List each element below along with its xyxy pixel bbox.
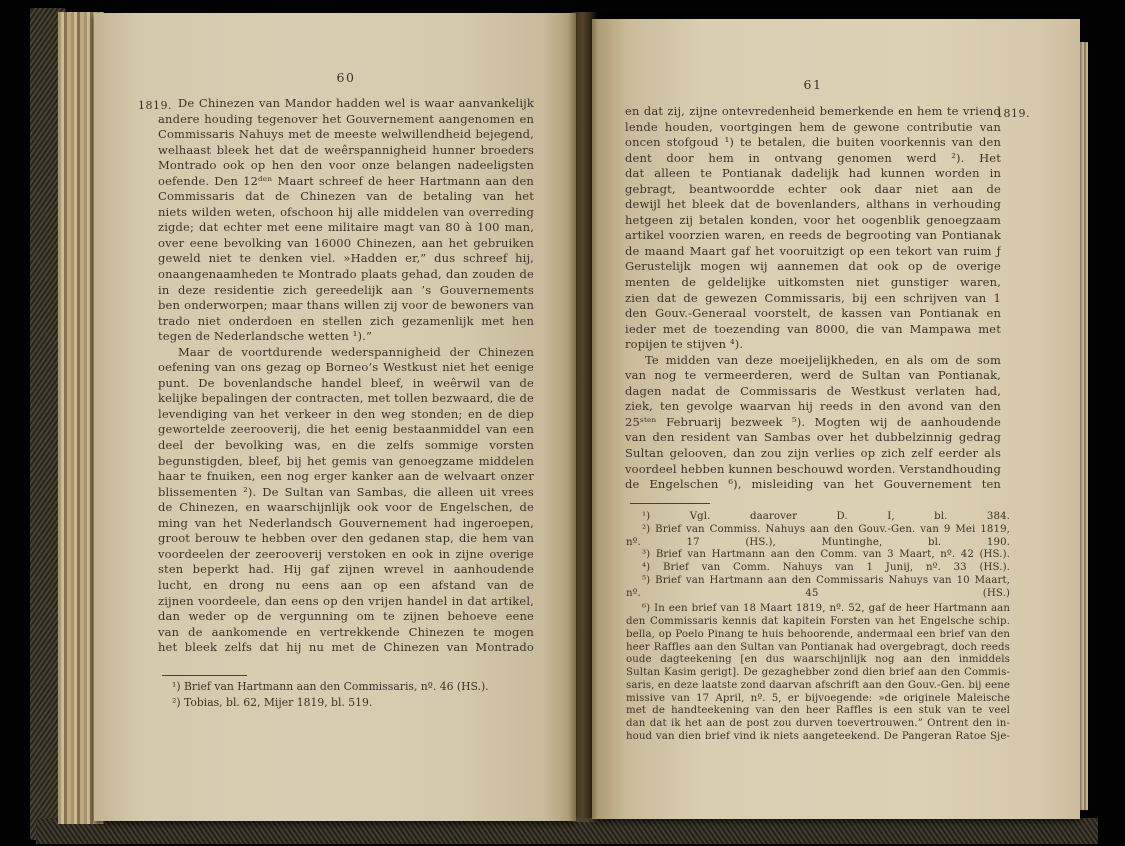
text-line: houd van dien brief vind ik niets aanget… (626, 731, 1010, 744)
text-line: bella, op Poelo Pinang te huis behoorend… (626, 629, 1010, 642)
text-line: Sultan gelooven, dan zou zijn verlies op… (625, 446, 1001, 462)
text-line: van nog te vermeerderen, werd de Sultan … (625, 368, 1001, 384)
text-line: ²) Brief van Commiss. Nahuys aan den Gou… (626, 524, 1010, 537)
text-line: met de handteekening van den heer Raffle… (626, 705, 1010, 718)
text-line: oncen stofgoud ¹) te betalen, die buiten… (625, 135, 1001, 151)
text-line: zigde; dat echter met eene militaire mag… (158, 220, 534, 236)
text-line: ⁶) In een brief van 18 Maart 1819, nº. 5… (626, 603, 1010, 616)
text-line: ¹) Brief van Hartmann aan den Commissari… (158, 679, 538, 695)
text-line: ieder met de toezending van 8000, die va… (625, 322, 1001, 338)
text-line: de maand Maart gaf het vooruitzigt op ee… (625, 244, 1001, 260)
text-line: dent door hem in ontvang genomen werd ²)… (625, 151, 1001, 167)
book-scan-photo: 60 1819. De Chinezen van Mandor hadden w… (0, 0, 1125, 846)
text-line: ⁵) Brief van Hartmann aan den Commissari… (626, 575, 1010, 588)
text-line: groot berouw te hebben over den gedanen … (158, 531, 534, 547)
text-line: hetgeen zij betalen konden, voor het oog… (625, 213, 1001, 229)
text-line: ¹) Vgl. daarover D. I, bl. 384. (626, 511, 1010, 524)
text-line: en dat zij, zijne ontevredenheid bemerke… (625, 104, 1001, 120)
text-line: van de aankomende en vertrekkende Chinez… (158, 625, 534, 641)
text-line: Te midden van deze moeijelijkheden, en a… (625, 353, 1001, 369)
text-line: begunstigden, bleef, bij het gemis van g… (158, 454, 534, 470)
text-line: nº. 17 (HS.), Muntinghe, bl. 190. (626, 537, 1010, 550)
right-page-number: 61 (625, 77, 1001, 92)
text-line: dat alleen te Pontianak dadelijk had kun… (625, 166, 1001, 182)
text-line: blissementen ²). De Sultan van Sambas, d… (158, 485, 534, 501)
text-line: gebragt, beantwoordde echter ook daar ni… (625, 182, 1001, 198)
text-line: punt. De bovenlandsche handel bleef, in … (158, 376, 534, 392)
text-line: artikel voorzien waren, en reeds de begr… (625, 228, 1001, 244)
book-cover-bottom-edge (36, 818, 1098, 844)
text-line: kelijke bepalingen der contracten, met t… (158, 391, 534, 407)
text-line: ⁴) Brief van Comm. Nahuys van 1 Junij, n… (626, 562, 1010, 575)
text-line: zijnen voordeele, dan eens op den vrijen… (158, 594, 534, 610)
text-line: deel der bevolking was, en die zelfs som… (158, 438, 534, 454)
text-line: het bleek zelfs dat hij nu met de Chinez… (158, 640, 534, 656)
text-line: heer Raffles aan den Sultan van Pontiana… (626, 642, 1010, 655)
text-line: haar te fnuiken, een nog erger kanker aa… (158, 469, 534, 485)
text-line: De Chinezen van Mandor hadden wel is waa… (158, 96, 534, 112)
text-line: levendiging van het verkeer in den weg s… (158, 407, 534, 423)
text-line: voordeelen der zeerooverij verstoken en … (158, 547, 534, 563)
text-line: menten de geldelijke uitkomsten niet gun… (625, 275, 1001, 291)
text-line: van den resident van Sambas over het dub… (625, 430, 1001, 446)
text-line: trado niet onderdoen en stellen zich gez… (158, 314, 534, 330)
text-line: Maar de voortdurende wederspannigheid de… (158, 345, 534, 361)
text-line: ziek, ten gevolge waarvan hij reeds in d… (625, 399, 1001, 415)
text-line: sten beperkt had. Hij gaf zijnen wrevel … (158, 562, 534, 578)
right-page-footnotes: ¹) Vgl. daarover D. I, bl. 384.²) Brief … (626, 511, 1010, 744)
text-line: lucht, en drong nu eens aan op een afsta… (158, 578, 534, 594)
text-line: de Chinezen, en waarschijnlijk ook voor … (158, 500, 534, 516)
text-line: de Engelschen ⁶), misleiding van het Gou… (625, 477, 1001, 493)
book-gutter-shadow (568, 12, 598, 822)
text-line: andere houding tegenover het Gouvernemen… (158, 112, 534, 128)
left-page-body-text: De Chinezen van Mandor hadden wel is waa… (158, 96, 534, 656)
text-line: oude dagteekening [en dus waarschijnlijk… (626, 654, 1010, 667)
text-line: voordeel hebben kunnen beschouwd worden.… (625, 462, 1001, 478)
text-line: ropijen te stijven ⁴). (625, 337, 1001, 353)
text-line: niets wilden weten, ofschoon hij alle mi… (158, 205, 534, 221)
text-line: 25ˢᵗᵉⁿ Februarij bezweek ⁵). Mogten wij … (625, 415, 1001, 431)
right-footnote-rule (630, 503, 710, 504)
right-page-body-text: en dat zij, zijne ontevredenheid bemerke… (625, 104, 1001, 493)
text-line: tegen de Nederlandsche wetten ¹).” (158, 329, 534, 345)
right-margin-year: 1819. (996, 107, 1030, 120)
text-line: zien dat de gewezen Commissaris, bij een… (625, 291, 1001, 307)
text-line: Commissaris Nahuys met de meeste welwill… (158, 127, 534, 143)
text-line: onaangenaamheden te Montrado plaats geha… (158, 267, 534, 283)
text-line: nº. 45 (HS.) (626, 588, 1010, 601)
text-line: dagen nadat de Commissaris de Westkust v… (625, 384, 1001, 400)
text-line: dan dat ik het aan de post zou durven to… (626, 718, 1010, 731)
text-line: oefening van ons gezag op Borneo’s Westk… (158, 360, 534, 376)
text-line: den Gouv.-Generaal voorstelt, de kassen … (625, 306, 1001, 322)
text-line: ben onderworpen; maar thans willen zij v… (158, 298, 534, 314)
text-line: lende houden, voortgingen hem de gewone … (625, 120, 1001, 136)
text-line: missive van 17 April, nº. 5, er bijvoege… (626, 693, 1010, 706)
text-line: saris, en deze laatste zond daarvan afsc… (626, 680, 1010, 693)
right-page: 61 1819. en dat zij, zijne ontevredenhei… (592, 19, 1080, 819)
text-line: ²) Tobias, bl. 62, Mijer 1819, bl. 519. (158, 695, 538, 711)
text-line: geweld niet te denken viel. »Hadden er,”… (158, 251, 534, 267)
text-line: dewijl het bleek dat de bovenlanders, al… (625, 197, 1001, 213)
text-line: welhaast bleek het dat de weêrspannighei… (158, 143, 534, 159)
left-page-number: 60 (158, 70, 534, 85)
left-footnote-rule (162, 675, 247, 676)
text-line: Sultan Kasim gerigt]. De gezaghebber zon… (626, 667, 1010, 680)
text-line: Gerustelijk mogen wij aannemen dat ook o… (625, 259, 1001, 275)
text-line: den Commissaris kennis dat kapitein Fors… (626, 616, 1010, 629)
text-line: gewortelde zeerooverij, die het eenig be… (158, 422, 534, 438)
text-line: Montrado ook op hen den voor onze belang… (158, 158, 534, 174)
text-line: ming van het Nederlandsch Gouvernement h… (158, 516, 534, 532)
text-line: in deze residentie zich gereedelijk aan … (158, 283, 534, 299)
text-line: over eene bevolking van 16000 Chinezen, … (158, 236, 534, 252)
left-page-footnotes: ¹) Brief van Hartmann aan den Commissari… (158, 679, 538, 710)
left-page: 60 1819. De Chinezen van Mandor hadden w… (94, 13, 576, 821)
text-line: oefende. Den 12ᵈᵉⁿ Maart schreef de heer… (158, 174, 534, 190)
text-line: ³) Brief van Hartmann aan den Comm. van … (626, 549, 1010, 562)
text-line: Commissaris dat de Chinezen van de betal… (158, 189, 534, 205)
text-line: dan weder op de vergunning om te zijnen … (158, 609, 534, 625)
